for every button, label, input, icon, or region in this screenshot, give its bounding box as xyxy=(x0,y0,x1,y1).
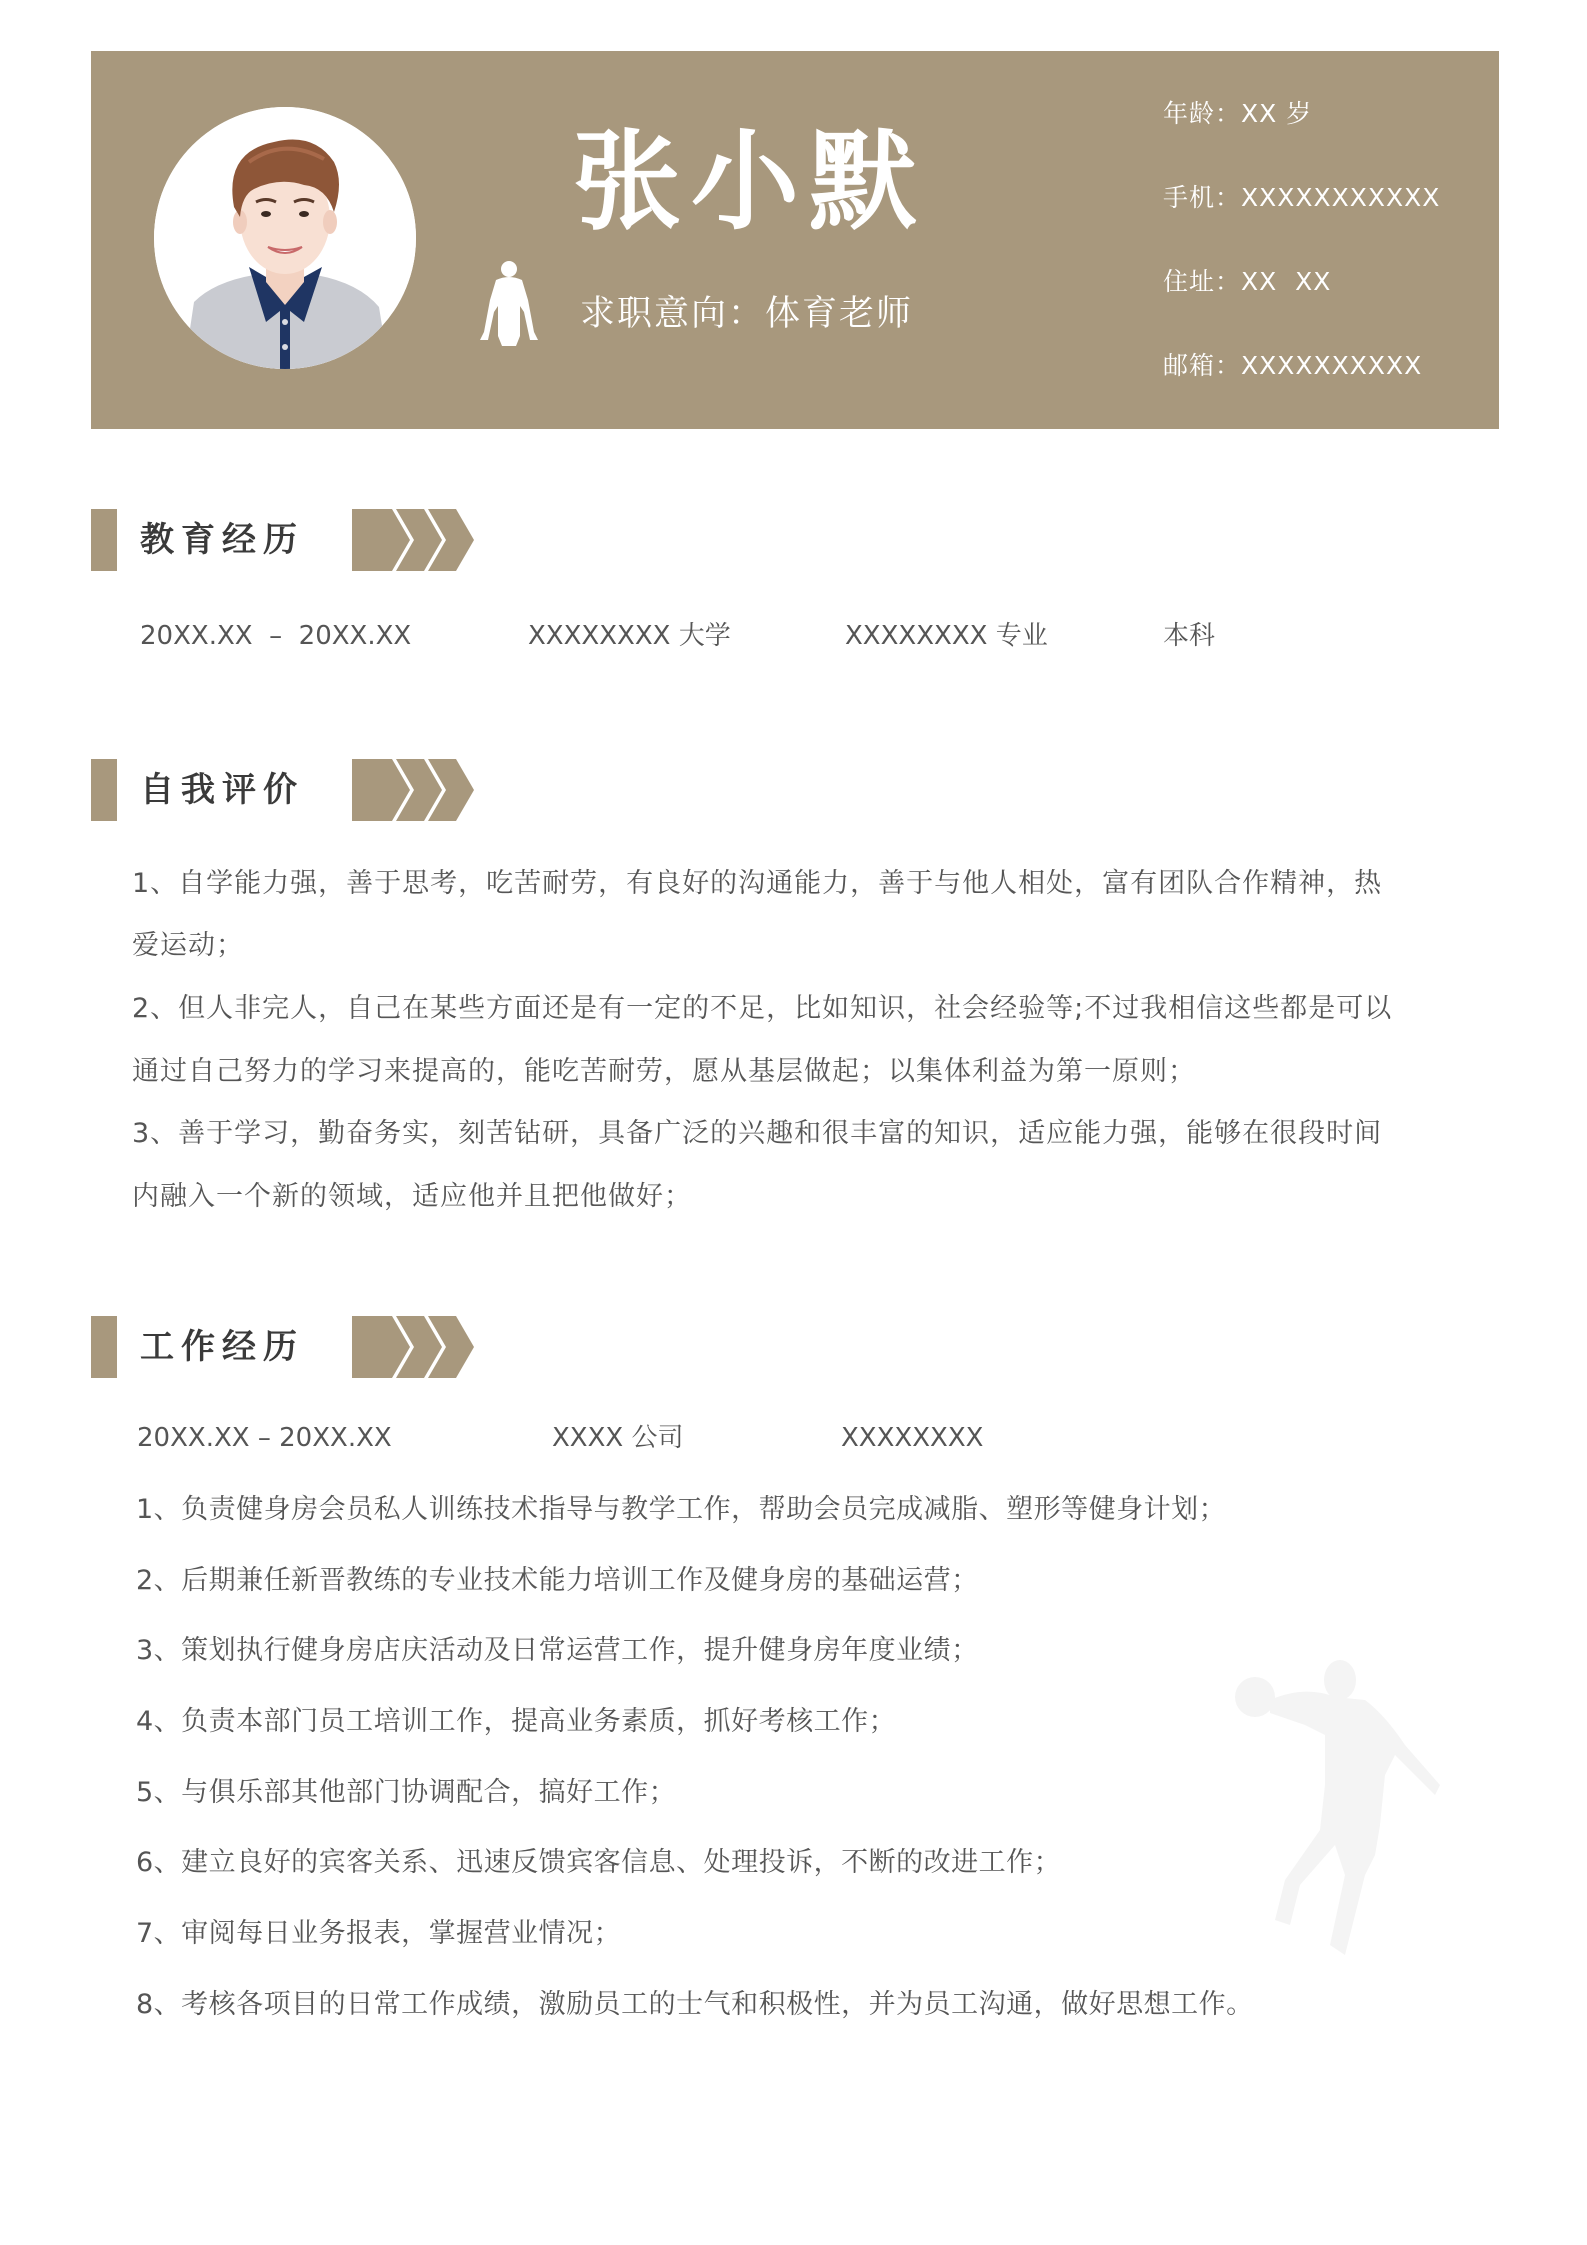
contact-email: 邮箱：XXXXXXXXXX xyxy=(1163,349,1422,383)
self-evaluation-line: 1、自学能力强，善于思考，吃苦耐劳，有良好的沟通能力，善于与他人相处，富有团队合… xyxy=(132,864,1382,904)
section-bar-education xyxy=(91,509,117,571)
work-duty-item: 4、负责本部门员工培训工作，提高业务素质，抓好考核工作； xyxy=(136,1702,896,1742)
contact-address-label: 住址： xyxy=(1163,267,1241,296)
work-duty-item: 1、负责健身房会员私人训练技术指导与教学工作，帮助会员完成减脂、塑形等健身计划； xyxy=(136,1490,1226,1530)
job-objective: 求职意向：体育老师 xyxy=(580,292,913,336)
contact-address-value: XX XX xyxy=(1241,267,1331,296)
contact-age: 年龄：XX 岁 xyxy=(1163,97,1312,131)
contact-phone-value: XXXXXXXXXXX xyxy=(1241,183,1440,212)
candidate-name: 张小默 xyxy=(560,118,940,248)
section-title-education: 教育经历 xyxy=(140,509,304,571)
education-school: XXXXXXXX 大学 xyxy=(528,618,731,654)
contact-phone-label: 手机： xyxy=(1163,183,1241,212)
contact-age-label: 年龄： xyxy=(1163,99,1241,128)
section-bar-self-evaluation xyxy=(91,759,117,821)
avatar-portrait-icon xyxy=(154,107,416,369)
runner-crouch-icon xyxy=(476,260,542,348)
work-duty-item: 7、审阅每日业务报表，掌握营业情况； xyxy=(136,1914,621,1954)
contact-email-value: XXXXXXXXXX xyxy=(1241,351,1422,380)
self-evaluation-line: 3、善于学习，勤奋务实，刻苦钻研，具备广泛的兴趣和很丰富的知识，适应能力强，能够… xyxy=(132,1114,1382,1154)
section-bar-work xyxy=(91,1316,117,1378)
self-evaluation-line: 通过自己努力的学习来提高的，能吃苦耐劳，愿从基层做起；以集体利益为第一原则； xyxy=(132,1052,1196,1092)
work-position: XXXXXXXX xyxy=(841,1420,984,1456)
triple-chevron-icon xyxy=(352,1316,474,1378)
work-duty-item: 2、后期兼任新晋教练的专业技术能力培训工作及健身房的基础运营； xyxy=(136,1561,979,1601)
contact-address: 住址：XX XX xyxy=(1163,265,1331,299)
basketball-player-silhouette-icon xyxy=(1235,1655,1485,1955)
section-title-work: 工作经历 xyxy=(140,1316,304,1378)
self-evaluation-line: 2、但人非完人，自己在某些方面还是有一定的不足，比如知识，社会经验等;不过我相信… xyxy=(132,989,1392,1029)
work-company: XXXX 公司 xyxy=(552,1420,684,1456)
work-period: 20XX.XX – 20XX.XX xyxy=(137,1420,392,1456)
education-period: 20XX.XX – 20XX.XX xyxy=(140,618,411,654)
work-duty-item: 3、策划执行健身房店庆活动及日常运营工作，提升健身房年度业绩； xyxy=(136,1631,979,1671)
work-duty-item: 8、考核各项目的日常工作成绩，激励员工的士气和积极性，并为员工沟通，做好思想工作… xyxy=(136,1985,1254,2025)
education-major: XXXXXXXX 专业 xyxy=(845,618,1048,654)
contact-age-value: XX 岁 xyxy=(1241,99,1312,128)
self-evaluation-line: 内融入一个新的领域，适应他并且把他做好； xyxy=(132,1177,692,1217)
triple-chevron-icon xyxy=(352,509,474,571)
work-duty-item: 5、与俱乐部其他部门协调配合，搞好工作； xyxy=(136,1773,676,1813)
contact-email-label: 邮箱： xyxy=(1163,351,1241,380)
avatar xyxy=(154,107,416,369)
section-title-self-evaluation: 自我评价 xyxy=(140,759,304,821)
work-duty-item: 6、建立良好的宾客关系、迅速反馈宾客信息、处理投诉，不断的改进工作； xyxy=(136,1843,1061,1883)
self-evaluation-line: 爱运动； xyxy=(132,926,244,966)
contact-phone: 手机：XXXXXXXXXXX xyxy=(1163,181,1440,215)
education-degree: 本科 xyxy=(1163,618,1215,654)
triple-chevron-icon xyxy=(352,759,474,821)
